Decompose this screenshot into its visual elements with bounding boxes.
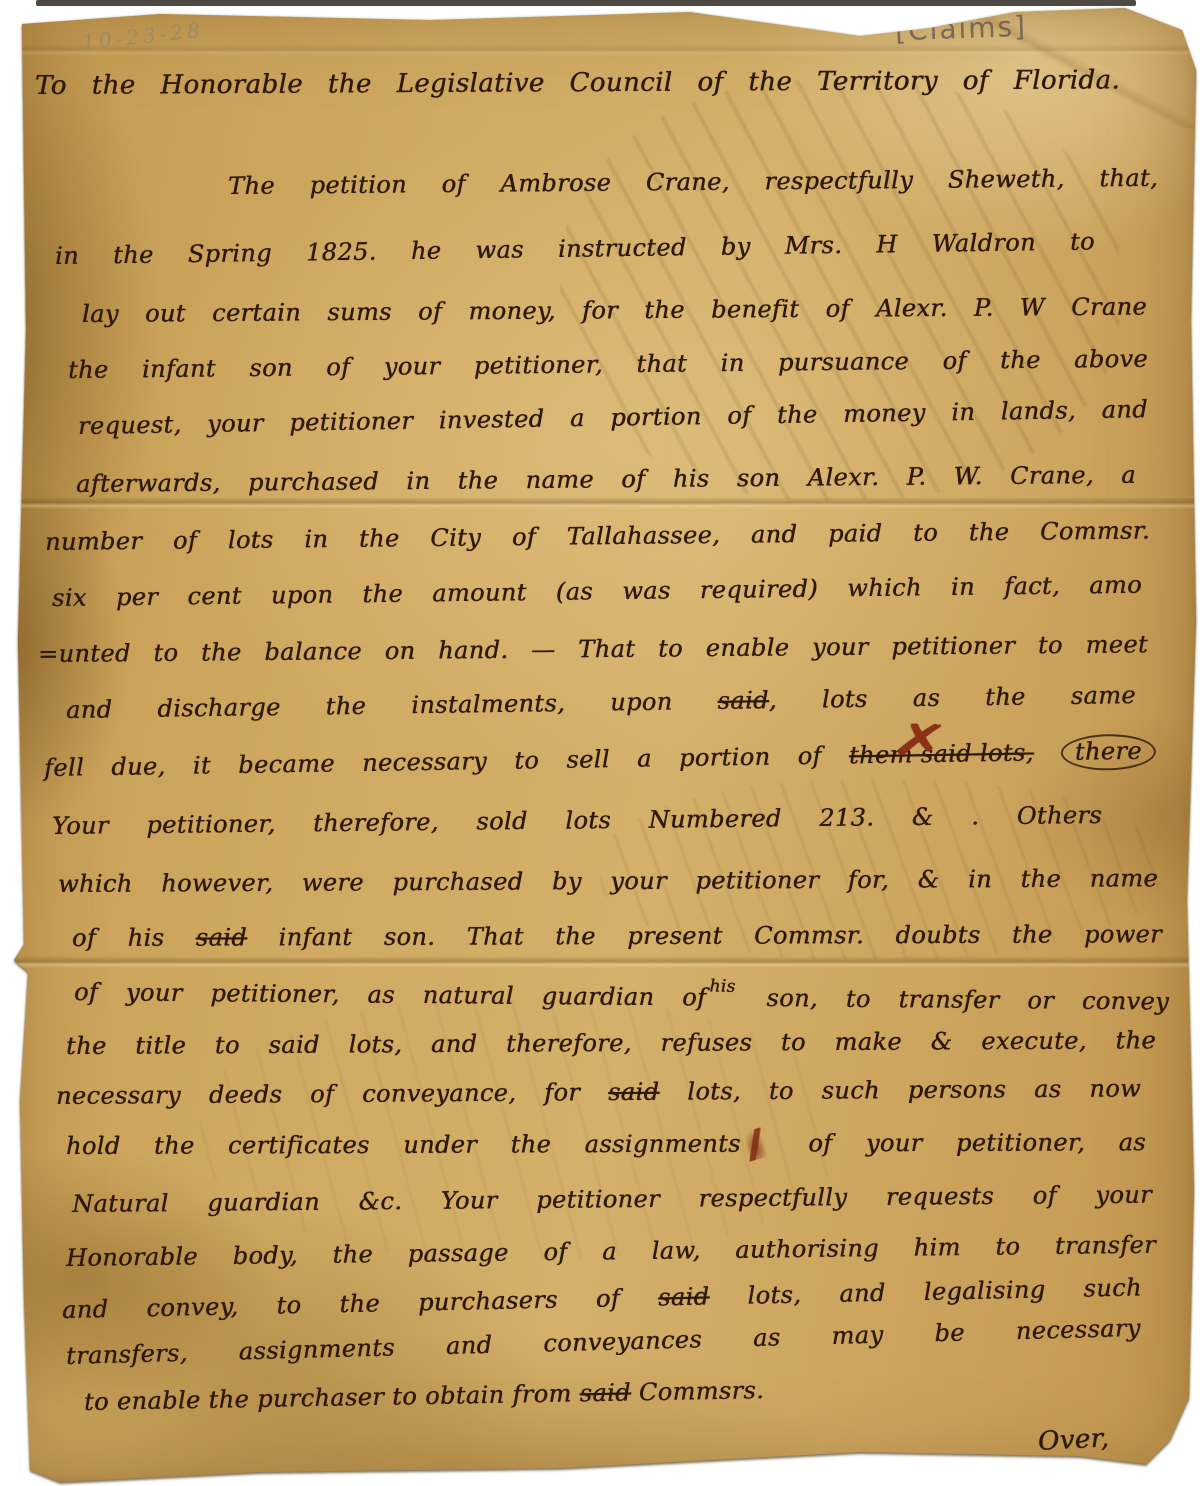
manuscript-line: the infant son of your petitioner, that … — [68, 339, 1148, 390]
line-segment: fell due, it became necessary to sell a … — [44, 741, 849, 782]
struck-phrase: them said lots,✗ — [849, 732, 1034, 775]
struck-text: them said lots, — [849, 738, 1034, 769]
line-segment: , lots as the same — [769, 681, 1136, 714]
claims-annotation: [Claims] — [894, 10, 1027, 48]
line-segment: lots, and legalising such — [709, 1273, 1142, 1310]
salutation-line: To the Honorable the Legislative Council… — [35, 60, 1120, 106]
line-segment: lots, to such persons as now — [659, 1074, 1141, 1105]
pencil-date-notation: 10-23-28 — [81, 18, 205, 55]
manuscript-line: number of lots in the City of Tallahasse… — [45, 510, 1150, 562]
manuscript-line: The petition of Ambrose Crane, respectfu… — [228, 158, 1158, 206]
line-segment: Commsrs. — [631, 1376, 765, 1406]
line-segment: and convey, to the purchasers of — [62, 1284, 659, 1324]
manuscript-line: =unted to the balance on hand. — That to… — [38, 624, 1148, 674]
struck-word: said — [658, 1282, 710, 1311]
manuscript-line: lay out certain sums of money, for the b… — [82, 287, 1147, 334]
manuscript-line: and discharge the instalments, upon said… — [66, 675, 1136, 730]
manuscript-line: of your petitioner, as natural guardian … — [74, 972, 1169, 1025]
line-segment: necessary deeds of conveyance, for — [56, 1078, 608, 1110]
fold-crease-lower — [0, 956, 1200, 968]
manuscript-line: fell due, it became necessary to sell a … — [44, 731, 1156, 788]
inserted-word: his — [709, 977, 735, 997]
scan-edge-strip — [36, 0, 1136, 6]
manuscript-paper: 10-23-28 [Claims] To the Honorable the L… — [0, 0, 1200, 1486]
manuscript-line: necessary deeds of conveyance, for said … — [56, 1068, 1141, 1116]
manuscript-line: request, your petitioner invested a port… — [78, 389, 1148, 446]
manuscript-line: Natural guardian &c. Your petitioner res… — [72, 1175, 1152, 1224]
manuscript-line: Your petitioner, therefore, sold lots Nu… — [52, 795, 1102, 846]
manuscript-paper-shadow: 10-23-28 [Claims] To the Honorable the L… — [0, 0, 1200, 1486]
manuscript-line: six per cent upon the amount (as was req… — [52, 565, 1142, 618]
line-segment: of his — [72, 924, 196, 952]
struck-word: said — [717, 686, 769, 715]
scanned-document: 10-23-28 [Claims] To the Honorable the L… — [0, 0, 1200, 1486]
circled-word: there — [1061, 734, 1157, 771]
line-segment: hold the certificates under the assignme… — [66, 1130, 741, 1160]
manuscript-line: afterwards, purchased in the name of his… — [76, 455, 1136, 504]
manuscript-line: which however, were purchased by your pe… — [58, 858, 1158, 904]
line-segment: and discharge the instalments, upon — [66, 687, 718, 724]
struck-word: said — [196, 923, 247, 951]
struck-word: said — [608, 1078, 659, 1106]
red-ink-blot — [741, 1127, 769, 1161]
line-segment: of your petitioner, as — [775, 1128, 1146, 1157]
line-segment: infant son. That the present Commsr. dou… — [247, 920, 1162, 951]
over-note: Over, — [1037, 1418, 1110, 1462]
manuscript-line: the title to said lots, and therefore, r… — [66, 1020, 1156, 1066]
manuscript-line: of his said infant son. That the present… — [72, 914, 1162, 958]
manuscript-line: in the Spring 1825. he was instructed by… — [55, 221, 1095, 276]
manuscript-line: hold the certificates under the assignme… — [66, 1122, 1146, 1166]
manuscript-line: to enable the purchaser to obtain from s… — [84, 1364, 1105, 1422]
struck-word: said — [579, 1378, 631, 1407]
line-segment: of your petitioner, as natural guardian … — [74, 978, 707, 1012]
line-segment: son, to transfer or convey — [738, 984, 1169, 1016]
line-segment: to enable the purchaser to obtain from — [84, 1379, 580, 1416]
fold-crease-top — [0, 44, 1200, 56]
